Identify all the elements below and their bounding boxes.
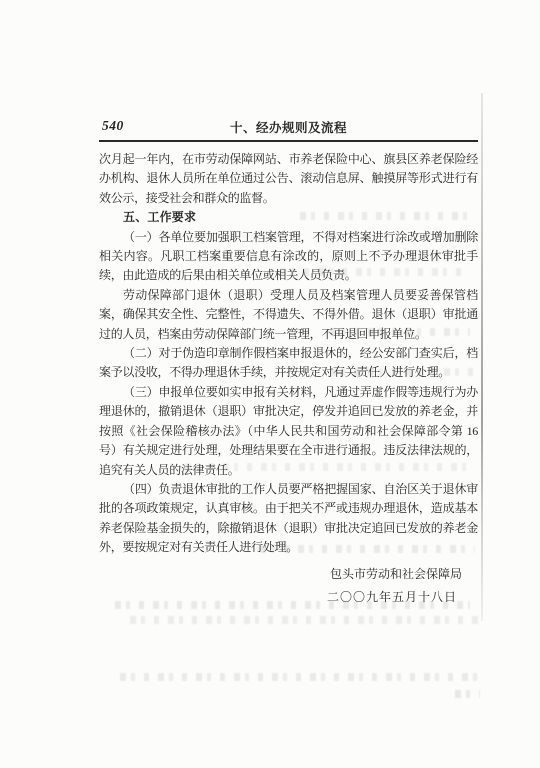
signature-organization: 包头市劳动和社会保障局 (99, 563, 462, 586)
scanned-document-page: 540 十、经办规则及流程 次月起一年内，在市劳动保障网站、市养老保险中心、旗县… (0, 0, 540, 768)
paragraph-item-5: （四）负责退休审批的工作人员要严格把握国家、自治区关于退休审批的各项政策规定，认… (99, 480, 478, 558)
paragraph-continuation: 次月起一年内，在市劳动保障网站、市养老保险中心、旗县区养老保险经办机构、退休人员… (99, 150, 478, 208)
bleedthrough-noise (130, 616, 480, 624)
paragraph-item-2: 劳动保障部门退休（退职）受理人员及档案管理人员要妥善保管档案，确保其安全性、完整… (99, 286, 478, 344)
page-edge-shadow (481, 93, 483, 621)
paragraph-item-4: （三）申报单位要如实申报有关材料，凡通过弄虚作假等违规行为办理退休的，撤销退休（… (99, 383, 478, 480)
paragraph-item-3: （二）对于伪造印章制作假档案申报退休的，经公安部门查实后，档案予以没收，不得办理… (99, 344, 478, 383)
document-body: 次月起一年内，在市劳动保障网站、市养老保险中心、旗县区养老保险经办机构、退休人员… (99, 150, 478, 558)
signature-block: 包头市劳动和社会保障局 二〇〇九年五月十八日 (99, 563, 478, 609)
bleedthrough-noise (455, 690, 480, 698)
page-header: 540 十、经办规则及流程 (99, 118, 478, 142)
running-header-title: 十、经办规则及流程 (230, 121, 347, 135)
bleedthrough-noise (120, 673, 480, 681)
section-heading: 五、工作要求 (99, 208, 478, 227)
paragraph-item-1: （一）各单位要加强职工档案管理，不得对档案进行涂改或增加删除相关内容。凡职工档案… (99, 228, 478, 286)
signature-date: 二〇〇九年五月十八日 (99, 586, 457, 609)
page-content: 540 十、经办规则及流程 次月起一年内，在市劳动保障网站、市养老保险中心、旗县… (99, 118, 478, 609)
page-number: 540 (102, 118, 124, 134)
